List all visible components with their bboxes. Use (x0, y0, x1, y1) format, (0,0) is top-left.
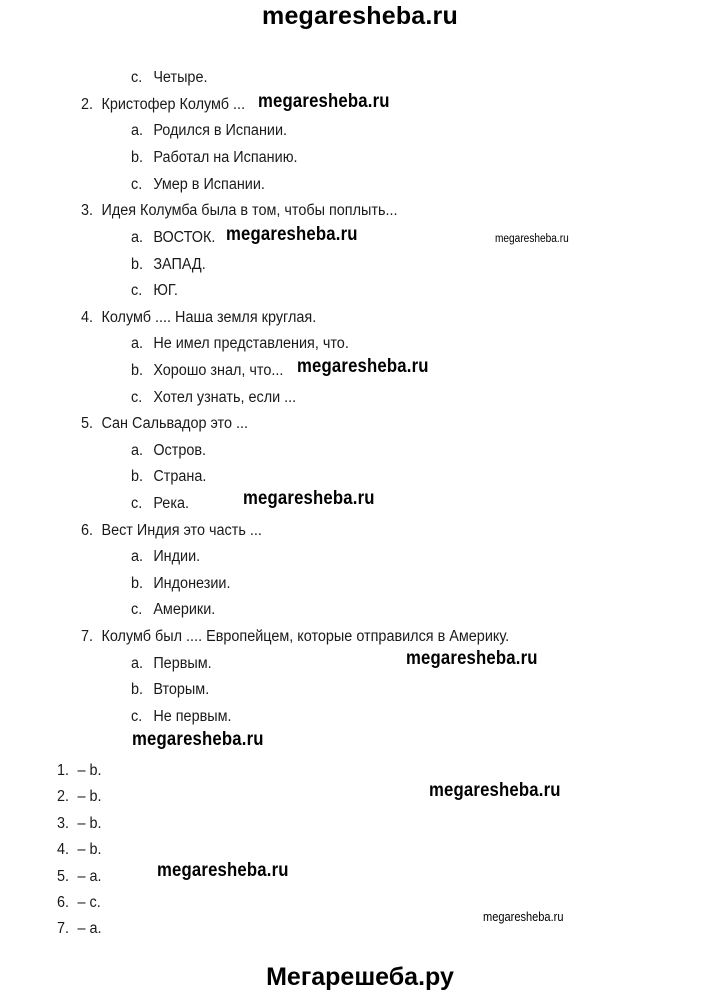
answer-number: 7. (57, 920, 77, 938)
site-footer: Мегарешеба.ру (0, 963, 720, 992)
option-q7-b: b.Вторым. (131, 681, 209, 699)
option-q6-c: c.Америки. (131, 601, 215, 619)
option-q4-c: c.Хотел узнать, если ... (131, 389, 296, 407)
watermark: megaresheba.ru (243, 488, 375, 510)
option-text: ВОСТОК. (153, 229, 215, 246)
option-letter: b. (131, 575, 153, 593)
question-number: 6. (81, 522, 101, 540)
watermark: megaresheba.ru (429, 780, 561, 802)
answer-3: 3.– b. (57, 815, 102, 833)
option-q6-b: b.Индонезии. (131, 575, 230, 593)
site-header: megaresheba.ru (0, 2, 720, 31)
question-2: 2.Кристофер Колумб ... (81, 96, 245, 114)
option-text: Вторым. (153, 681, 209, 698)
answer-value: – b. (77, 762, 101, 779)
option-text: Первым. (153, 655, 211, 672)
answer-number: 6. (57, 894, 77, 912)
watermark: megaresheba.ru (132, 729, 264, 751)
option-q5-c: c.Река. (131, 495, 189, 513)
option-letter: b. (131, 149, 153, 167)
answer-1: 1.– b. (57, 762, 102, 780)
option-text: Не имел представления, что. (153, 335, 349, 352)
option-text: Работал на Испанию. (153, 149, 297, 166)
watermark: megaresheba.ru (406, 648, 538, 670)
option-letter: b. (131, 256, 153, 274)
question-text: Вест Индия это часть ... (101, 522, 261, 539)
option-text: Америки. (153, 601, 215, 618)
question-text: Колумб .... Наша земля круглая. (101, 309, 316, 326)
question-text: Колумб был .... Европейцем, которые отпр… (101, 628, 509, 645)
question-number: 2. (81, 96, 101, 114)
option-letter: a. (131, 548, 153, 566)
answer-7: 7.– a. (57, 920, 102, 938)
option-letter: c. (131, 69, 153, 87)
question-4: 4.Колумб .... Наша земля круглая. (81, 309, 316, 327)
option-letter: a. (131, 655, 153, 673)
option-q3-b: b.ЗАПАД. (131, 256, 206, 274)
option-letter: a. (131, 229, 153, 247)
question-5: 5.Сан Сальвадор это ... (81, 415, 248, 433)
option-letter: b. (131, 468, 153, 486)
question-number: 3. (81, 202, 101, 220)
option-q4-b: b.Хорошо знал, что... (131, 362, 283, 380)
option-text: Река. (153, 495, 189, 512)
option-q2-a: a.Родился в Испании. (131, 122, 287, 140)
option-q3-c: c.ЮГ. (131, 282, 178, 300)
question-text: Кристофер Колумб ... (101, 96, 245, 113)
answer-6: 6.– c. (57, 894, 101, 912)
option-letter: c. (131, 708, 153, 726)
option-text: Хотел узнать, если ... (153, 389, 296, 406)
answer-value: – a. (77, 920, 101, 937)
question-text: Сан Сальвадор это ... (101, 415, 248, 432)
option-text: Родился в Испании. (153, 122, 287, 139)
watermark: megaresheba.ru (157, 860, 289, 882)
answer-4: 4.– b. (57, 841, 102, 859)
option-text: Умер в Испании. (153, 176, 265, 193)
option-text: Страна. (153, 468, 206, 485)
option-letter: b. (131, 362, 153, 380)
option-text: Остров. (153, 442, 206, 459)
answer-number: 4. (57, 841, 77, 859)
watermark: megaresheba.ru (258, 91, 390, 113)
option-letter: a. (131, 122, 153, 140)
question-number: 7. (81, 628, 101, 646)
option-q5-a: a.Остров. (131, 442, 206, 460)
option-letter: c. (131, 495, 153, 513)
option-letter: c. (131, 176, 153, 194)
question-text: Идея Колумба была в том, чтобы поплыть..… (101, 202, 397, 219)
option-letter: b. (131, 681, 153, 699)
option-letter: c. (131, 282, 153, 300)
question-3: 3.Идея Колумба была в том, чтобы поплыть… (81, 202, 398, 220)
option-text: Хорошо знал, что... (153, 362, 283, 379)
option-letter: a. (131, 335, 153, 353)
answer-value: – c. (77, 894, 100, 911)
question-6: 6.Вест Индия это часть ... (81, 522, 262, 540)
watermark-small: megaresheba.ru (483, 909, 563, 924)
answer-value: – b. (77, 788, 101, 805)
answer-number: 1. (57, 762, 77, 780)
option-letter: a. (131, 442, 153, 460)
option-q7-c: c.Не первым. (131, 708, 232, 726)
option-text: Не первым. (153, 708, 231, 725)
answer-number: 2. (57, 788, 77, 806)
answer-2: 2.– b. (57, 788, 102, 806)
answer-value: – b. (77, 841, 101, 858)
option-text: Индонезии. (153, 575, 230, 592)
answer-value: – b. (77, 815, 101, 832)
option-q3-a: a.ВОСТОК. (131, 229, 215, 247)
option-text: Четыре. (153, 69, 207, 86)
option-q2-b: b.Работал на Испанию. (131, 149, 298, 167)
option-q6-a: a.Индии. (131, 548, 200, 566)
answer-5: 5.– a. (57, 868, 102, 886)
option-text: Индии. (153, 548, 200, 565)
answer-value: – a. (77, 868, 101, 885)
question-number: 4. (81, 309, 101, 327)
option-q5-b: b.Страна. (131, 468, 206, 486)
option-letter: c. (131, 601, 153, 619)
option-q4-a: a.Не имел представления, что. (131, 335, 349, 353)
option-text: ЗАПАД. (153, 256, 205, 273)
question-7: 7.Колумб был .... Европейцем, которые от… (81, 628, 509, 646)
watermark: megaresheba.ru (297, 356, 429, 378)
watermark-small: megaresheba.ru (495, 233, 569, 245)
question-number: 5. (81, 415, 101, 433)
option-q1-c: c.Четыре. (131, 69, 207, 87)
option-text: ЮГ. (153, 282, 178, 299)
answer-number: 5. (57, 868, 77, 886)
option-q2-c: c.Умер в Испании. (131, 176, 265, 194)
option-q7-a: a.Первым. (131, 655, 212, 673)
option-letter: c. (131, 389, 153, 407)
watermark: megaresheba.ru (226, 224, 358, 246)
answer-number: 3. (57, 815, 77, 833)
